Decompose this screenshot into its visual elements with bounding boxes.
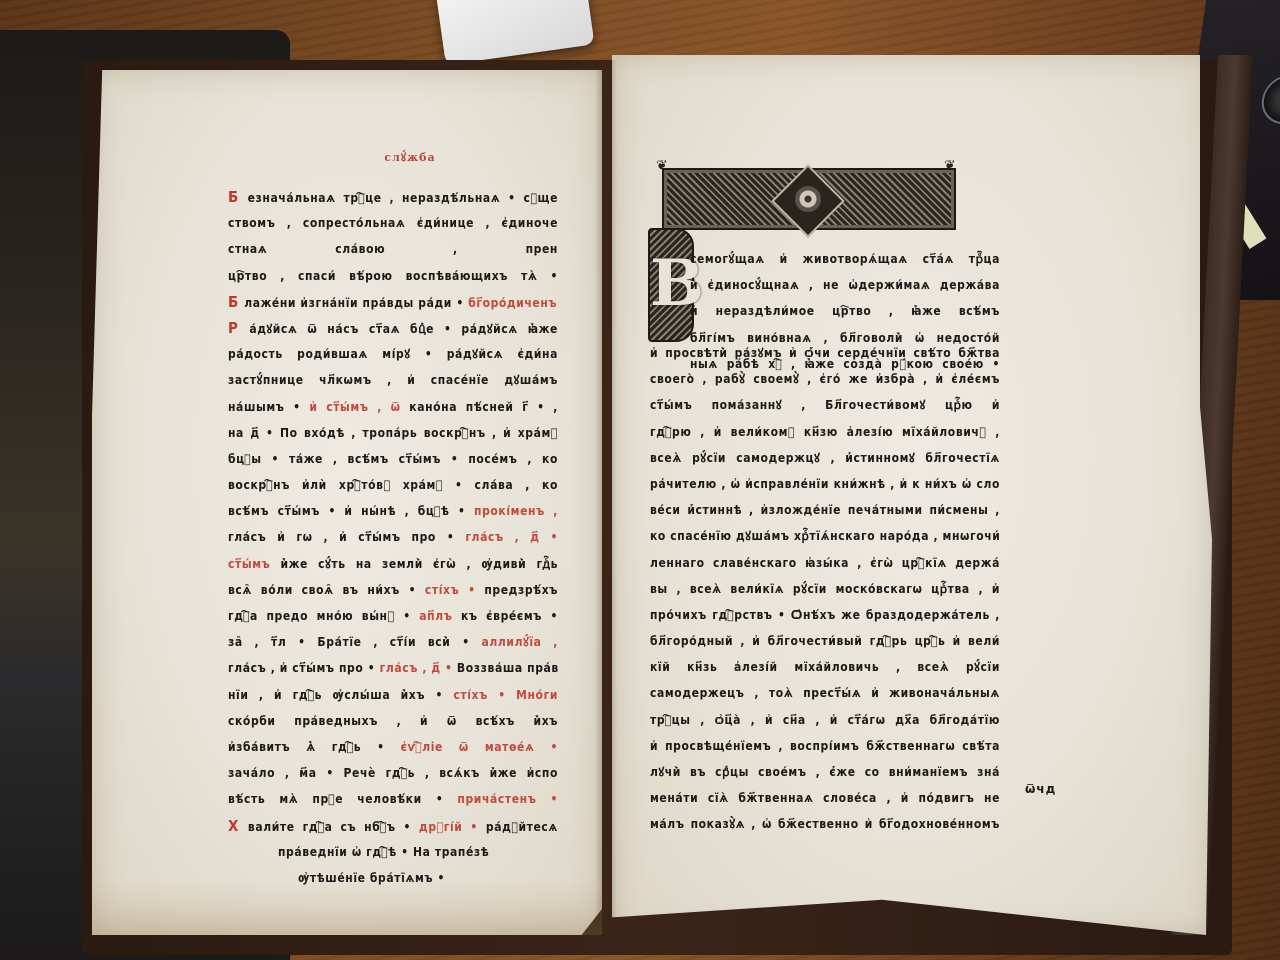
text-line: зача́ло , м҃а • Речѐ гдⷭ҇ь , всѧ́къ и҆̀ж… xyxy=(228,760,558,786)
body-text: нїи , и҆ гдⷭ҇ь ѹ҆слы́ша и҆̀хъ • xyxy=(228,688,453,702)
left-page-text: Б езнача́льнаѧ трⷪ҇це , нераздѣ́льнаѧ • … xyxy=(228,184,558,891)
rubric-text: бг҃оро́диченъ • xyxy=(468,296,558,310)
text-line: ѹ҆тѣше́нїе бра́тїѧмъ • xyxy=(228,865,558,891)
text-line: лꙋчи̇̀ въ срⷣцы свое́мъ , є҆́же со вни́м… xyxy=(650,759,1000,785)
text-line: кїй кн҃зь а҆лезі́й мїха́йловичь , всеѧ̀ … xyxy=(650,654,1000,680)
rubric-text: сті́хъ • xyxy=(425,583,484,597)
body-text: цр҇тво , спаси́ вѣ́рою воспѣва́ющихъ тѧ̀… xyxy=(228,269,558,283)
text-line: цр҇тво , спаси́ вѣ́рою воспѣва́ющихъ тѧ̀… xyxy=(228,263,558,289)
book-gutter xyxy=(595,60,617,940)
text-line: гла́съ и҆ гѡ , и҆ ст҃ы́мъ про • гла́съ ,… xyxy=(228,524,558,550)
body-text: ѹ҆тѣше́нїе бра́тїѧмъ • xyxy=(298,871,445,885)
body-text: застꙋ́пнице чл҃кѡмъ , и҆ спасе́нїе дꙋша́… xyxy=(228,373,558,387)
body-text: вали́те гдⷭ҇а съ нбⷭ҇ъ • xyxy=(248,820,419,834)
text-line: и҆ просвѣти̇̀ ра́зꙋмъ и҆ ѻ҆́чи серде́чнї… xyxy=(650,340,1000,366)
text-line: леннаго славе́нскаго ꙗ҆зы́ка , є҆гѡ̀ црⷭ… xyxy=(650,550,1000,576)
body-text: зача́ло , м҃а • Речѐ гдⷭ҇ь , всѧ́къ и҆̀ж… xyxy=(228,766,558,780)
right-page-text: и҆ просвѣти̇̀ ра́зꙋмъ и҆ ѻ҆́чи серде́чнї… xyxy=(650,340,1000,838)
body-text: а́дꙋйсѧ ѿ на́съ ст҃аѧ бцⷣе • ра́дꙋйсѧ ꙗ҆… xyxy=(249,322,558,336)
text-line: гдⷭ҇а предо мно́ю вы́нꙋ • ап҃лъ къ є҆вре… xyxy=(228,603,558,629)
text-line: Х вали́те гдⷭ҇а съ нбⷭ҇ъ • дрꙋгі́й • ра́… xyxy=(228,813,558,839)
text-line: и҆ нераздѣли́мое цр҇тво , ꙗ҆̀же всѣ́мъ xyxy=(690,298,1000,324)
rubric-text: є҆ѵⷢ҇ліе ѿ матѳе́ѧ • xyxy=(401,740,558,754)
body-text: ра́дꙋйтесѧ xyxy=(486,820,558,834)
body-text: къ є҆вре́ємъ • xyxy=(461,609,558,623)
text-line: и҆ просвѣще́нїемъ , воспрі́имъ бж҃ственн… xyxy=(650,733,1000,759)
body-text: лаже́ни и҆згна́нїи пра́вды ра́ди • xyxy=(244,296,468,310)
rubric-text: дрꙋгі́й • xyxy=(419,820,486,834)
text-line: ствомъ , сопресто́льнаѧ є҆ди́нице , є҆ди… xyxy=(228,210,558,236)
rubric-text: Х xyxy=(228,817,248,835)
text-line: застꙋ́пнице чл҃кѡмъ , и҆ спасе́нїе дꙋша́… xyxy=(228,367,558,393)
text-line: своего̀ , рабꙋ̀ своемꙋ̀ , є҆го́ же и҆збр… xyxy=(650,366,1000,392)
text-line: ма́лъ показꙋ̀ѧ , ѡ҆ бж҃ественно и҆ бг҃од… xyxy=(650,811,1000,837)
disc-icon xyxy=(1259,75,1280,124)
rubric-text: и҆ ст҃ы́мъ , ѿ xyxy=(309,400,409,414)
body-text: и҆зба́витъ ѧ҆̀ гдⷭ҇ь • xyxy=(228,740,401,754)
rubric-text: Б xyxy=(228,293,244,311)
rubric-text: аллилꙋ́їа , xyxy=(482,635,558,649)
text-line: трⷪ҇цы , ѻ҆ц҃а̀ , и҆ сн҃а , и҆ ст҃а́гѡ д… xyxy=(650,707,1000,733)
text-line: гла́съ , и҆ ст҃ы́мъ про • гла́съ , д҃ • … xyxy=(228,655,558,681)
body-text: на д҃ • По вхо́дѣ , тропа́рь воскрⷭ҇нъ ,… xyxy=(228,426,558,440)
body-text: Воззва́ша пра́вед xyxy=(457,661,558,675)
rubric-text: сті́хъ • Мно́ги xyxy=(453,688,558,702)
body-text: бцⷣы • та́же , всѣ́мъ ст҃ы́мъ • посе́мъ … xyxy=(228,452,558,466)
text-line: воскрⷭ҇нъ и҆лѝ хрⷭ҇то́вꙋ хра́мꙋ • сла́ва… xyxy=(228,472,558,498)
rubric-text: ап҃лъ xyxy=(419,609,461,623)
rubric-text: гла́съ , д҃ • xyxy=(380,661,457,675)
text-line: ст҃ы́мъ и҆̀же сꙋ́ть на земли̇̀ є҆гѡ̀ , ѹ… xyxy=(228,551,558,577)
text-line: всѧ̑ во́ли своѧ̑ въ ни́хъ • сті́хъ • пре… xyxy=(228,577,558,603)
body-text: кано́на пѣ́сней г҃ • , xyxy=(409,400,558,414)
text-line: Б лаже́ни и҆згна́нїи пра́вды ра́ди • бг҃… xyxy=(228,289,558,315)
text-line: ко спасе́нїю дꙋша́мъ хрⷭ҇тїѧ́нскаго наро… xyxy=(650,523,1000,549)
text-line: стнаѧ сла́вою , прен xyxy=(228,236,558,262)
text-line: ве́си и҆́стиннѣ , и҆зложде́нїе печа́тным… xyxy=(650,497,1000,523)
text-line: бцⷣы • та́же , всѣ́мъ ст҃ы́мъ • посе́мъ … xyxy=(228,446,558,472)
body-text: за̑ , т҃л • Бра́тїе , ст҃і́и вси̇̀ • xyxy=(228,635,482,649)
body-text: на́шымъ • xyxy=(228,400,309,414)
text-line: Б езнача́льнаѧ трⷪ҇це , нераздѣ́льнаѧ • … xyxy=(228,184,558,210)
text-line: и҆зба́витъ ѧ҆̀ гдⷭ҇ь • є҆ѵⷢ҇ліе ѿ матѳе́… xyxy=(228,734,558,760)
signature-mark: ѿчд xyxy=(1025,782,1056,796)
body-text: гдⷭ҇а предо мно́ю вы́нꙋ • xyxy=(228,609,419,623)
drop-cap-letter: В xyxy=(650,246,692,321)
text-line: вы , всеѧ̀ вели́кїѧ рꙋ́сїи моско́вскагѡ … xyxy=(650,576,1000,602)
rubric-text: Б xyxy=(228,188,248,206)
body-text: ствомъ , сопресто́льнаѧ є҆ди́нице , є҆ди… xyxy=(228,216,558,230)
ornamental-headpiece xyxy=(662,168,956,230)
body-text: пра́веднїи ѡ҆ гдⷭ҇ѣ • На трапе́зѣ xyxy=(278,845,489,859)
body-text: ра́дость роди́вшаѧ мі́рꙋ • ра́дꙋйсѧ є҆ди… xyxy=(228,347,558,361)
body-text: вѣ́сть мѧ̀ прⷣе человѣ́ки • xyxy=(228,792,457,806)
text-line: мена́ти сїѧ̀ бж҃твеннаѧ слове́са , и҆ по… xyxy=(650,785,1000,811)
text-line: ра́дость роди́вшаѧ мі́рꙋ • ра́дꙋйсѧ є҆ди… xyxy=(228,341,558,367)
body-text: ско́рби пра́ведныхъ , и҆ ѿ всѣ́хъ и҆̀хъ xyxy=(228,714,558,728)
rubric-text: гла́съ , д҃ • xyxy=(465,530,558,544)
body-text: предзрѣ́хъ xyxy=(484,583,558,597)
text-line: нїи , и҆ гдⷭ҇ь ѹ҆слы́ша и҆̀хъ • сті́хъ •… xyxy=(228,682,558,708)
body-text: всѣ́мъ ст҃ы́мъ • и҆ ны́нѣ , бцⷣѣ • xyxy=(228,504,474,518)
body-text: гла́съ и҆ гѡ , и҆ ст҃ы́мъ про • xyxy=(228,530,465,544)
text-line: пра́веднїи ѡ҆ гдⷭ҇ѣ • На трапе́зѣ xyxy=(228,839,558,865)
text-line: и҆ є҆диносꙋ́щнаѧ , не ѡ҆держи́маѧ держа́… xyxy=(690,272,1000,298)
text-line: за̑ , т҃л • Бра́тїе , ст҃і́и вси̇̀ • алл… xyxy=(228,629,558,655)
text-line: ра́чителю , ѡ҆ и҆справле́нїи кни́жнѣ , и… xyxy=(650,471,1000,497)
text-line: на д҃ • По вхо́дѣ , тропа́рь воскрⷭ҇нъ ,… xyxy=(228,420,558,446)
text-line: самодержецъ , тоѧ̀ прест҃ы́ѧ и҆ живонача… xyxy=(650,680,1000,706)
rubric-text: прича́стенъ • xyxy=(457,792,558,806)
text-line: про́чихъ гдⷭ҇рствъ • Ѻ҆нѣ́хъ же браздоде… xyxy=(650,602,1000,628)
body-text: езнача́льнаѧ трⷪ҇це , нераздѣ́льнаѧ • сꙋ… xyxy=(248,191,558,205)
running-title: слꙋ́жба xyxy=(380,150,440,165)
rubric-text: Р xyxy=(228,319,249,337)
body-text: стнаѧ сла́вою , прен xyxy=(228,242,558,256)
text-line: семогꙋ́щаѧ и҆ животворѧ́щаѧ ст҃а́ѧ трⷪ҇ц… xyxy=(690,246,1000,272)
rubric-text: ст҃ы́мъ xyxy=(228,557,281,571)
text-line: на́шымъ • и҆ ст҃ы́мъ , ѿ кано́на пѣ́сней… xyxy=(228,394,558,420)
text-line: Р а́дꙋйсѧ ѿ на́съ ст҃аѧ бцⷣе • ра́дꙋйсѧ … xyxy=(228,315,558,341)
body-text: воскрⷭ҇нъ и҆лѝ хрⷭ҇то́вꙋ хра́мꙋ • сла́ва… xyxy=(228,478,558,492)
rubric-text: прокі́менъ , xyxy=(474,504,558,518)
drop-cap: В xyxy=(648,228,694,342)
text-line: бл҃горо́дный , и҆ бл҃гочести́вый гдⷭ҇рь … xyxy=(650,628,1000,654)
text-line: всеѧ̀ рꙋ́сїи самодержцꙋ , и҆́стинномꙋ бл… xyxy=(650,445,1000,471)
body-text: всѧ̑ во́ли своѧ̑ въ ни́хъ • xyxy=(228,583,425,597)
text-line: всѣ́мъ ст҃ы́мъ • и҆ ны́нѣ , бцⷣѣ • прокі… xyxy=(228,498,558,524)
body-text: гла́съ , и҆ ст҃ы́мъ про • xyxy=(228,661,380,675)
body-text: и҆̀же сꙋ́ть на земли̇̀ є҆гѡ̀ , ѹ҆диви̇̀ … xyxy=(281,557,558,571)
text-line: вѣ́сть мѧ̀ прⷣе человѣ́ки • прича́стенъ … xyxy=(228,786,558,812)
text-line: гдⷭ҇рю , и҆ вели́комꙋ кн҃зю а҆лезі́ю мїх… xyxy=(650,419,1000,445)
flower-ornament-icon xyxy=(795,186,821,212)
text-line: ст҃ы́мъ пома́заннꙋ , Бл҃гочести́вомꙋ црⷭ… xyxy=(650,392,1000,418)
text-line: ско́рби пра́ведныхъ , и҆ ѿ всѣ́хъ и҆̀хъ xyxy=(228,708,558,734)
